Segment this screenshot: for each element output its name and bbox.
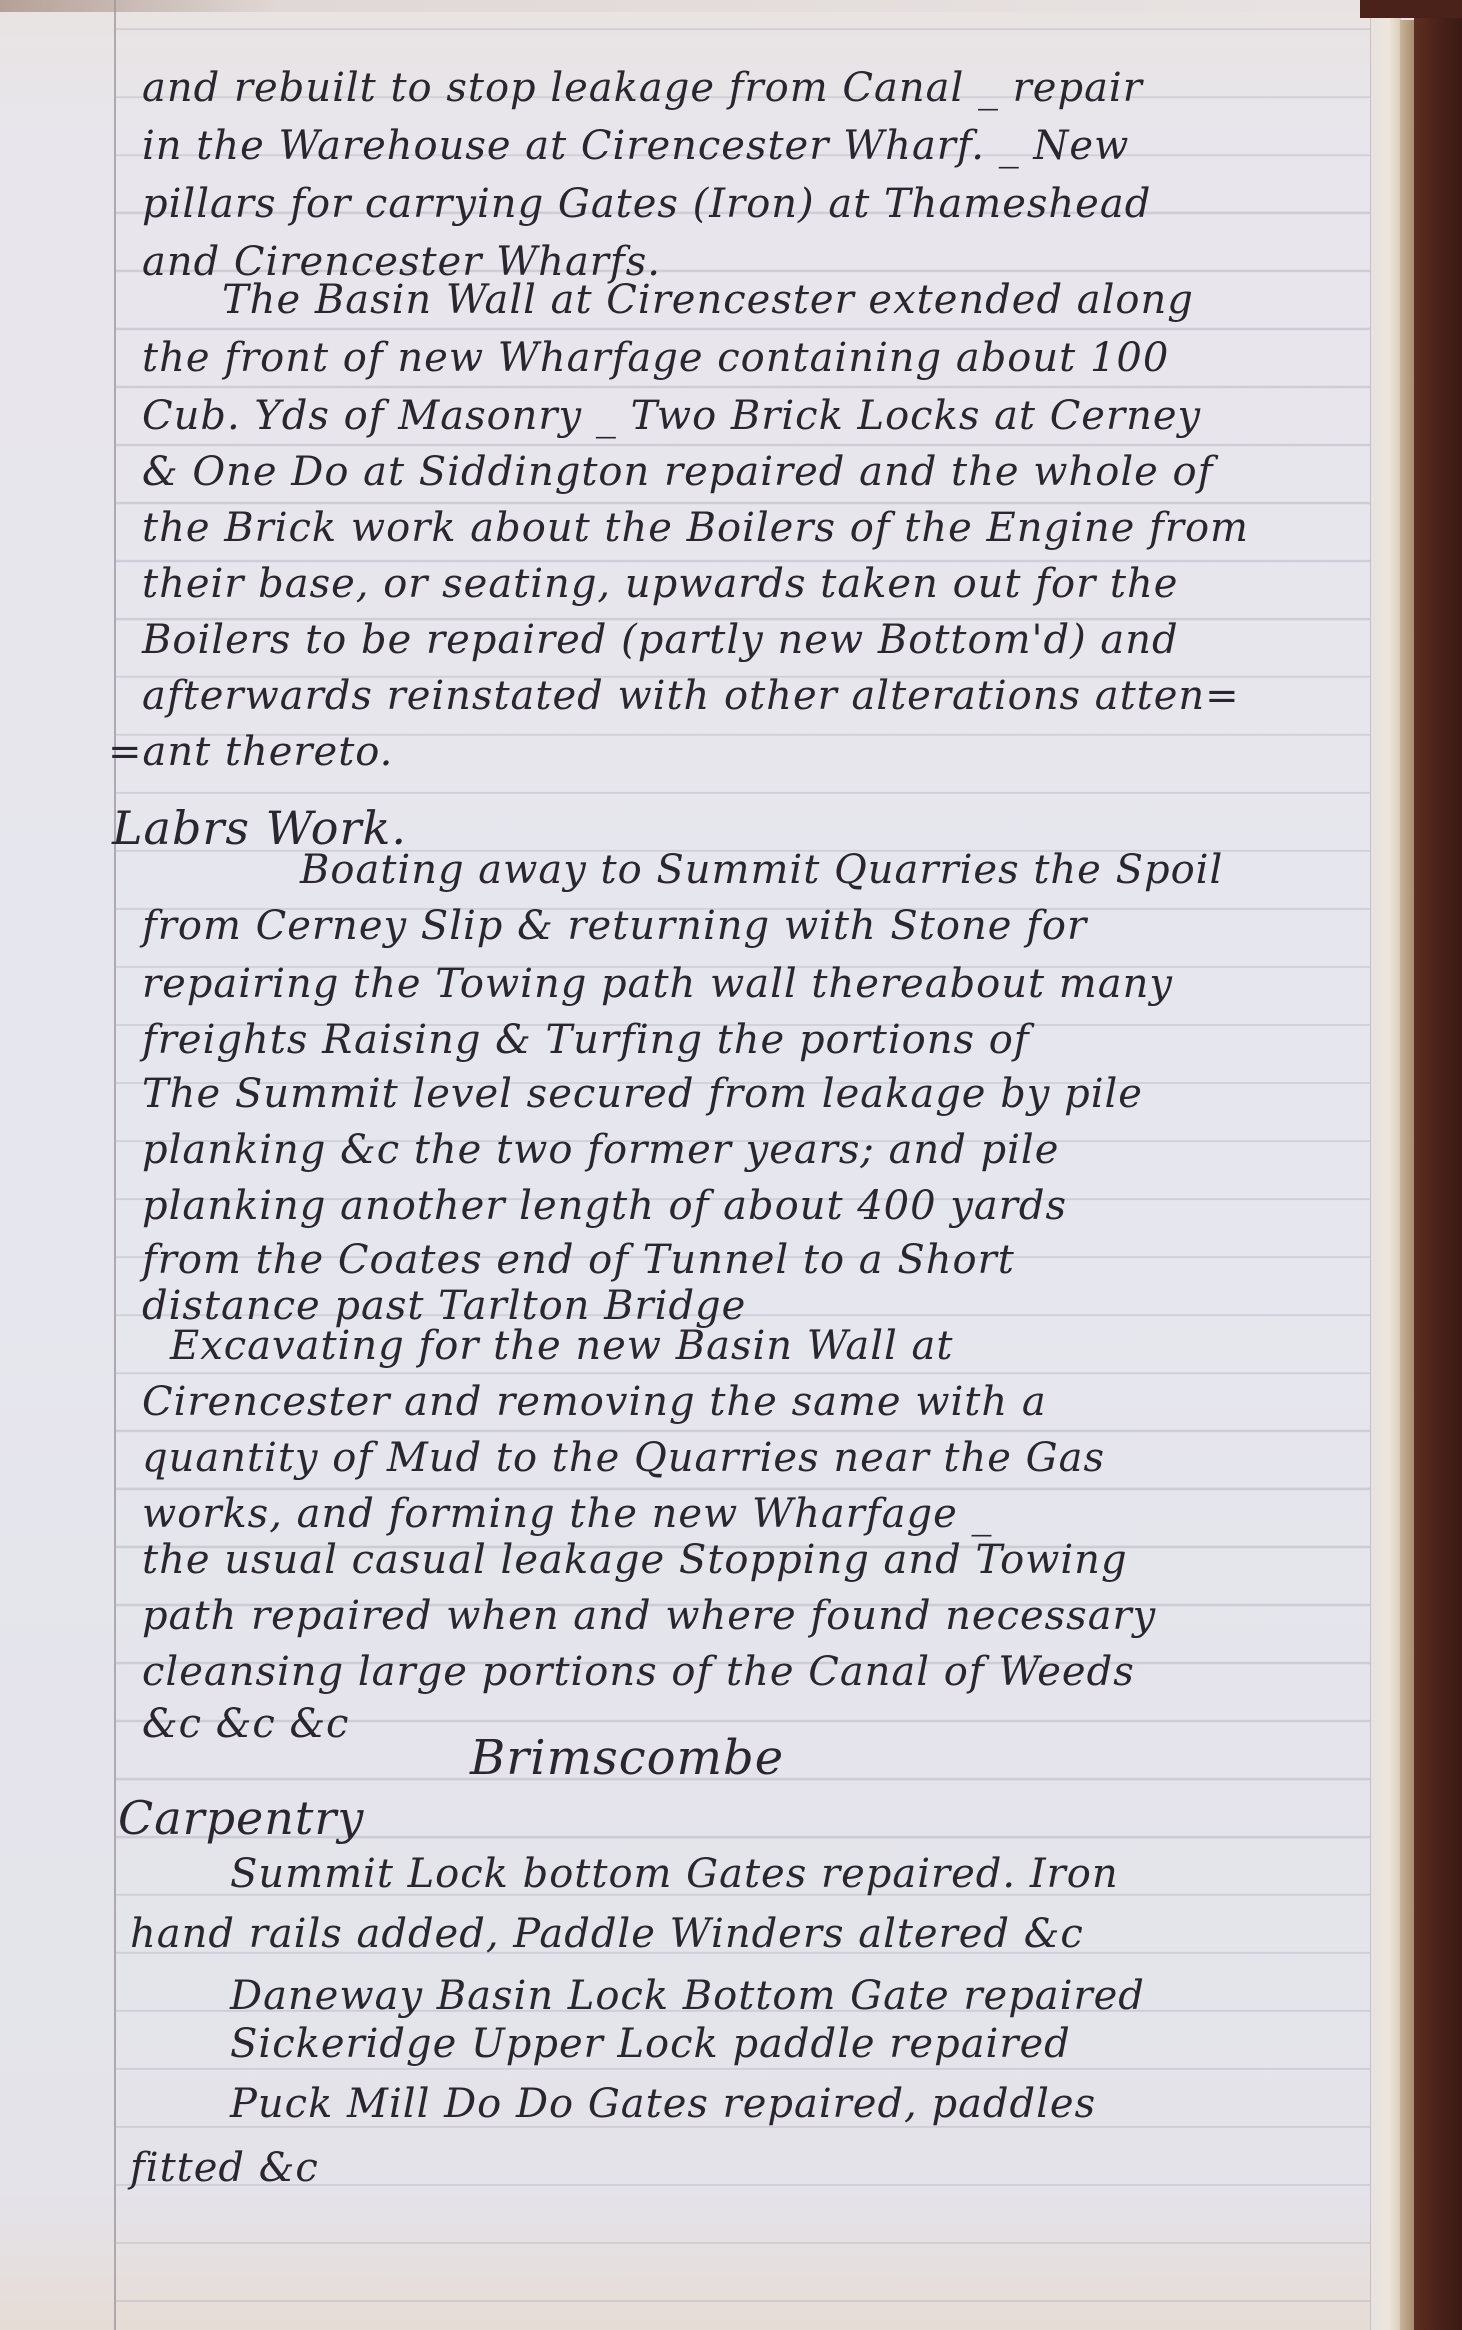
text-line: Boating away to Summit Quarries the Spoi… [300,842,1223,898]
text-line: =ant thereto. [108,724,393,780]
text-line: afterwards reinstated with other alterat… [142,668,1240,724]
page-edge [1370,14,1401,2330]
text-line: the usual casual leakage Stopping and To… [142,1532,1128,1588]
left-margin-rule [114,0,116,2330]
text-line: quantity of Mud to the Quarries near the… [142,1430,1105,1486]
text-line: freights Raising & Turfing the portions … [142,1012,1030,1068]
text-line: hand rails added, Paddle Winders altered… [130,1906,1084,1962]
text-line: Excavating for the new Basin Wall at [170,1318,953,1374]
text-line: from Cerney Slip & returning with Stone … [142,898,1087,954]
leather-cover-top [1360,0,1462,18]
text-line: Summit Lock bottom Gates repaired. Iron [230,1846,1119,1902]
text-line: & One Do at Siddington repaired and the … [142,444,1213,500]
text-line: path repaired when and where found neces… [142,1588,1156,1644]
text-line: and rebuilt to stop leakage from Canal _… [142,60,1143,116]
text-line: repairing the Towing path wall thereabou… [142,956,1173,1012]
text-line: the front of new Wharfage containing abo… [142,330,1169,386]
text-line: planking &c the two former years; and pi… [142,1122,1059,1178]
text-line: Cub. Yds of Masonry _ Two Brick Locks at… [142,388,1201,444]
text-line: Cirencester and removing the same with a [142,1374,1047,1430]
text-line: fitted &c [130,2140,319,2196]
leather-cover [1414,0,1462,2330]
section-heading-carpentry: Carpentry [118,1790,364,1846]
text-line: The Summit level secured from leakage by… [142,1066,1143,1122]
section-heading-brimscombe: Brimscombe [470,1730,784,1786]
text-line: the Brick work about the Boilers of the … [142,500,1249,556]
text-line: Sickeridge Upper Lock paddle repaired [230,2016,1071,2072]
text-line: cleansing large portions of the Canal of… [142,1644,1135,1700]
page-stack-edge [1400,20,1414,2330]
text-line: &c &c &c [142,1696,349,1752]
text-line: planking another length of about 400 yar… [142,1178,1067,1234]
text-line: in the Warehouse at Cirencester Wharf. _… [142,118,1129,174]
text-line: Boilers to be repaired (partly new Botto… [142,612,1179,668]
text-line: pillars for carrying Gates (Iron) at Tha… [142,176,1151,232]
text-line: The Basin Wall at Cirencester extended a… [222,272,1194,328]
text-line: their base, or seating, upwards taken ou… [142,556,1178,612]
text-line: Puck Mill Do Do Gates repaired, paddles [230,2076,1096,2132]
